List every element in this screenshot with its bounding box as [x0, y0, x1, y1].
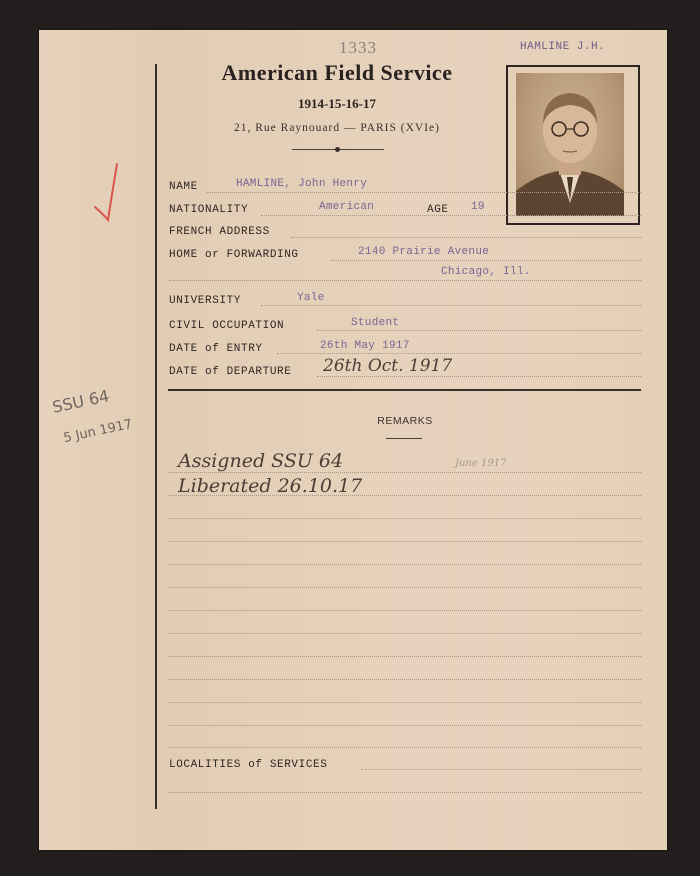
date-departure-label: DATE of DEPARTURE: [169, 366, 291, 378]
margin-unit-note: SSU 64: [51, 386, 111, 417]
portrait-frame: [506, 65, 640, 225]
afs-record-card: 1333 HAMLINE J.H. American Field Service…: [39, 30, 667, 850]
section-divider: [168, 389, 641, 391]
name-value: HAMLINE, John Henry: [236, 178, 367, 190]
french-address-line: [291, 237, 641, 238]
margin-date-note: 5 Jun 1917: [62, 417, 134, 446]
remark-rule: [168, 541, 641, 542]
document-years: 1914-15-16-17: [159, 96, 515, 112]
remark-line-2: Liberated 26.10.17: [178, 475, 362, 497]
remark-line-1-note: June 1917: [455, 458, 506, 469]
home-value-line1: 2140 Prairie Avenue: [358, 246, 489, 258]
date-entry-value: 26th May 1917: [320, 340, 410, 352]
left-margin-rule: [155, 64, 157, 809]
remark-rule: [168, 587, 641, 588]
university-value: Yale: [297, 292, 325, 304]
civil-occupation-label: CIVIL OCCUPATION: [169, 320, 284, 332]
portrait-photo: [516, 73, 624, 216]
localities-label: LOCALITIES of SERVICES: [169, 759, 327, 771]
ornament-divider: [292, 149, 384, 150]
document-title: American Field Service: [159, 60, 515, 86]
age-value: 19: [471, 201, 485, 213]
university-line: [261, 305, 641, 306]
red-check-mark-icon: [91, 160, 121, 224]
remark-rule: [168, 564, 641, 565]
date-departure-value: 26th Oct. 1917: [323, 356, 452, 376]
age-label: AGE: [427, 204, 449, 216]
university-label: UNIVERSITY: [169, 295, 241, 307]
remark-rule: [168, 747, 641, 748]
nationality-value: American: [319, 201, 374, 213]
remark-rule: [168, 656, 641, 657]
civil-occupation-line: [317, 330, 641, 331]
remark-rule: [168, 679, 641, 680]
localities-line-2: [168, 792, 641, 793]
remarks-underline: [386, 438, 422, 439]
serial-number: 1333: [339, 38, 377, 58]
date-departure-line: [317, 376, 641, 377]
remark-rule: [168, 610, 641, 611]
remark-rule: [168, 472, 641, 473]
home-line-2: [169, 280, 641, 281]
remarks-heading: REMARKS: [159, 415, 651, 427]
remark-rule: [168, 702, 641, 703]
name-label: NAME: [169, 181, 198, 193]
home-label: HOME or FORWARDING: [169, 249, 299, 261]
date-entry-label: DATE of ENTRY: [169, 343, 263, 355]
remark-rule: [168, 495, 641, 496]
nationality-label: NATIONALITY: [169, 204, 248, 216]
document-address: 21, Rue Raynouard — PARIS (XVIe): [159, 122, 515, 134]
remark-rule: [168, 518, 641, 519]
nationality-line: [261, 215, 641, 216]
remark-line-1: Assigned SSU 64: [178, 450, 343, 472]
typed-name-stamp: HAMLINE J.H.: [520, 41, 605, 53]
date-entry-line: [277, 353, 641, 354]
remark-rule: [168, 633, 641, 634]
home-value-line2: Chicago, Ill.: [441, 266, 531, 278]
remark-rule: [168, 725, 641, 726]
name-line: [207, 192, 641, 193]
localities-line: [361, 769, 641, 770]
french-address-label: FRENCH ADDRESS: [169, 226, 270, 238]
home-line-1: [331, 260, 641, 261]
civil-occupation-value: Student: [351, 317, 399, 329]
